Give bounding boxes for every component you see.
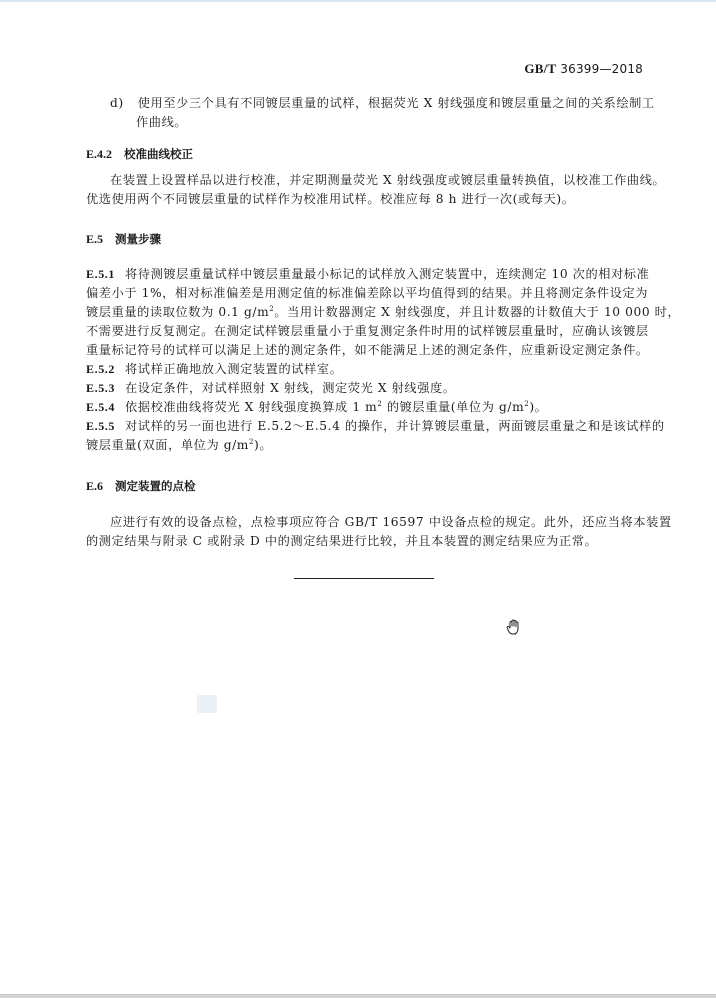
clause-number: E.5.2 <box>86 362 115 376</box>
list-item-d: d)使用至少三个具有不同镀层重量的试样，根据荧光 X 射线强度和镀层重量之间的关… <box>110 94 670 113</box>
list-item-text: 使用至少三个具有不同镀层重量的试样，根据荧光 X 射线强度和镀层重量之间的关系绘… <box>138 96 655 110</box>
text-span: 镀层重量(双面，单位为 g/m <box>86 438 249 452</box>
clause-e54: E.5.4依据校准曲线将荧光 X 射线强度换算成 1 m2 的镀层重量(单位为 … <box>86 398 646 417</box>
document-page[interactable]: GB/T 36399—2018 d)使用至少三个具有不同镀层重量的试样，根据荧光… <box>0 0 716 994</box>
section-heading-e6: E.6测定装置的点检 <box>86 478 196 494</box>
section-number: E.5 <box>86 232 103 247</box>
end-of-document-rule <box>294 578 434 579</box>
section-number: E.6 <box>86 479 103 494</box>
clause-number: E.5.5 <box>86 419 115 433</box>
section-heading-e5: E.5测量步骤 <box>86 231 161 247</box>
standard-prefix: GB/T <box>524 61 556 76</box>
section-title: 测量步骤 <box>115 232 161 246</box>
text-span: 镀层重量的读取位数为 0.1 g/m <box>86 305 269 319</box>
clause-number: E.5.3 <box>86 381 115 395</box>
paragraph-line: 应进行有效的设备点检，点检事项应符合 GB/T 16597 中设备点检的规定。此… <box>110 513 670 532</box>
paragraph-line: 的测定结果与附录 C 或附录 D 中的测定结果进行比较，并且本装置的测定结果应为… <box>86 532 646 551</box>
list-item-d-continued: 作曲线。 <box>136 113 696 132</box>
hand-cursor-icon <box>505 618 523 636</box>
paragraph-line: 优选使用两个不同镀层重量的试样作为校准用试样。校准应每 8 h 进行一次(或每天… <box>86 190 646 209</box>
section-title: 校准曲线校正 <box>124 147 193 161</box>
clause-e55: E.5.5对试样的另一面也进行 E.5.2～E.5.4 的操作，并计算镀层重量，… <box>86 417 646 436</box>
text-span: 依据校准曲线将荧光 X 射线强度换算成 1 m <box>125 400 377 414</box>
paragraph-line: 在装置上设置样品以进行校准，并定期测量荧光 X 射线强度或镀层重量转换值，以校准… <box>110 171 670 190</box>
faint-watermark-icon <box>197 695 217 713</box>
standard-number-header: GB/T 36399—2018 <box>524 61 643 77</box>
section-number: E.4.2 <box>86 147 112 162</box>
list-item-label: d) <box>110 96 124 110</box>
section-title: 测定装置的点检 <box>115 479 196 493</box>
clause-text: 在设定条件，对试样照射 X 射线，测定荧光 X 射线强度。 <box>125 381 456 395</box>
section-heading-e42: E.4.2校准曲线校正 <box>86 146 193 162</box>
clause-e53: E.5.3在设定条件，对试样照射 X 射线，测定荧光 X 射线强度。 <box>86 379 646 398</box>
paragraph-line: 重量标记符号的试样可以满足上述的测定条件，如不能满足上述的测定条件，应重新设定测… <box>86 341 646 360</box>
paragraph-line: 镀层重量(双面，单位为 g/m2)。 <box>86 436 646 455</box>
clause-e51: E.5.1将待测镀层重量试样中镀层重量最小标记的试样放入测定装置中，连续测定 1… <box>86 265 646 284</box>
text-span: )。 <box>254 438 272 452</box>
text-span: )。 <box>529 400 547 414</box>
viewer-bottom-border <box>0 994 716 998</box>
clause-text: 对试样的另一面也进行 E.5.2～E.5.4 的操作，并计算镀层重量，两面镀层重… <box>125 419 665 433</box>
paragraph-line: 不需要进行反复测定。在测定试样镀层重量小于重复测定条件时用的试样镀层重量时，应确… <box>86 322 646 341</box>
clause-e52: E.5.2将试样正确地放入测定装置的试样室。 <box>86 360 646 379</box>
text-span: 。当用计数器测定 X 射线强度，并且计数器的计数值大于 10 000 时， <box>274 305 680 319</box>
paragraph-line: 偏差小于 1%，相对标准偏差是用测定值的标准偏差除以平均值得到的结果。并且将测定… <box>86 284 646 303</box>
clause-text: 将试样正确地放入测定装置的试样室。 <box>125 362 342 376</box>
clause-text: 将待测镀层重量试样中镀层重量最小标记的试样放入测定装置中，连续测定 10 次的相… <box>125 267 649 281</box>
clause-number: E.5.4 <box>86 400 115 414</box>
standard-number: 36399—2018 <box>560 62 643 76</box>
paragraph-line: 镀层重量的读取位数为 0.1 g/m2。当用计数器测定 X 射线强度，并且计数器… <box>86 303 646 322</box>
text-span: 的镀层重量(单位为 g/m <box>382 400 524 414</box>
clause-number: E.5.1 <box>86 267 115 281</box>
